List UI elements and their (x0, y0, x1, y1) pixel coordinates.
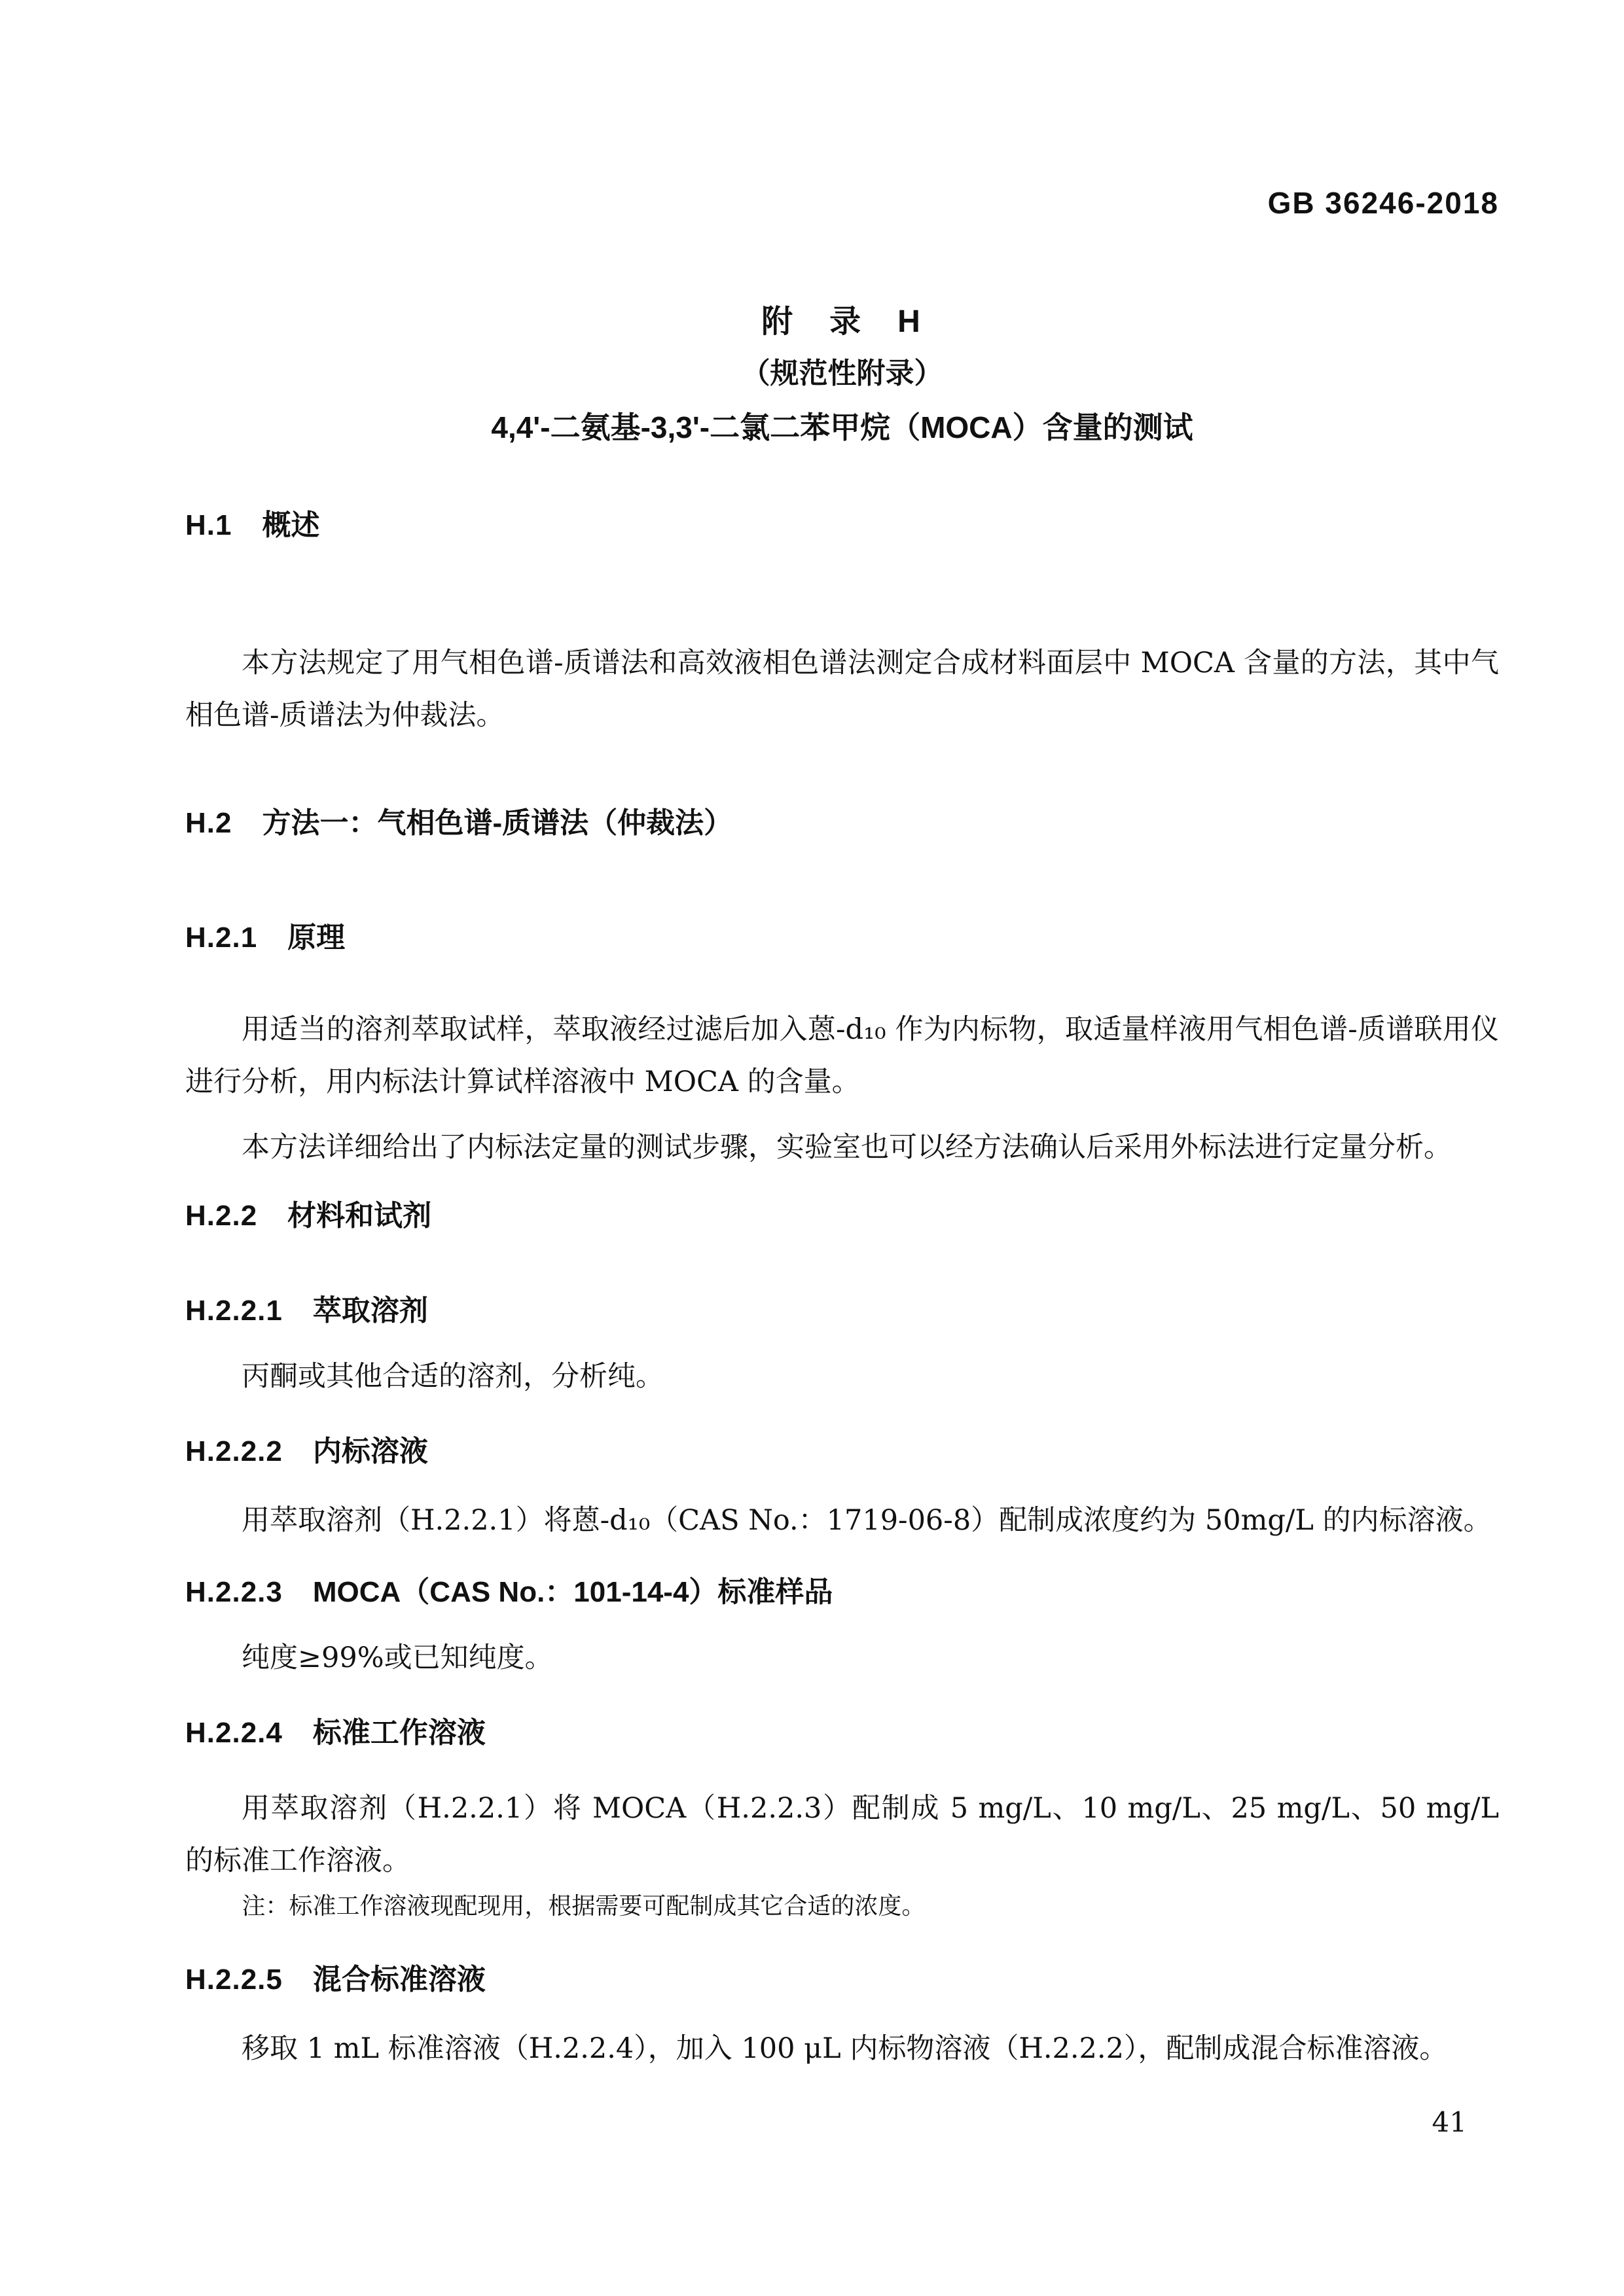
section-number: H.2.2.4 (185, 1717, 283, 1749)
section-title: 萃取溶剂 (313, 1295, 428, 1327)
section-title: 概述 (262, 509, 319, 541)
section-number: H.2.2.1 (185, 1295, 283, 1327)
section-heading-h2: H.2方法一：气相色谱-质谱法（仲裁法） (185, 804, 1499, 843)
appendix-subject: 4,4'-二氨基-3,3'-二氯二苯甲烷（MOCA）含量的测试 (185, 410, 1499, 446)
section-number: H.2.1 (185, 922, 257, 954)
section-heading-h2-2-1: H.2.2.1萃取溶剂 (185, 1291, 1499, 1331)
section-title: 原理 (287, 922, 345, 954)
paragraph-overview: 本方法规定了用气相色谱-质谱法和高效液相色谱法测定合成材料面层中 MOCA 含量… (185, 637, 1499, 742)
standard-number: GB 36246-2018 (185, 187, 1499, 219)
section-title: MOCA（CAS No.：101-14-4）标准样品 (313, 1576, 833, 1608)
section-number: H.2.2.2 (185, 1435, 283, 1467)
appendix-type: （规范性附录） (185, 355, 1499, 391)
paragraph-working-solution: 用萃取溶剂（H.2.2.1）将 MOCA（H.2.2.3）配制成 5 mg/L、… (185, 1782, 1499, 1887)
section-heading-h2-2-5: H.2.2.5混合标准溶液 (185, 1960, 1499, 2000)
section-title: 混合标准溶液 (313, 1964, 486, 1996)
paragraph-principle-1: 用适当的溶剂萃取试样，萃取液经过滤后加入蒽-d₁₀ 作为内标物，取适量样液用气相… (185, 1003, 1499, 1108)
section-title: 标准工作溶液 (313, 1717, 486, 1749)
paragraph-internal-standard: 用萃取溶剂（H.2.2.1）将蒽-d₁₀（CAS No.：1719-06-8）配… (185, 1494, 1499, 1547)
section-number: H.2.2.5 (185, 1964, 283, 1996)
appendix-title-block: 附 录 H （规范性附录） 4,4'-二氨基-3,3'-二氯二苯甲烷（MOCA）… (185, 303, 1499, 446)
note-working-solution: 注：标准工作溶液现配现用，根据需要可配制成其它合适的浓度。 (185, 1887, 1499, 1926)
paragraph-mixed-standard: 移取 1 mL 标准溶液（H.2.2.4），加入 100 μL 内标物溶液（H.… (185, 2022, 1499, 2075)
section-heading-h1: H.1概述 (185, 506, 1499, 545)
section-heading-h2-2: H.2.2材料和试剂 (185, 1196, 1499, 1236)
paragraph-principle-2: 本方法详细给出了内标法定量的测试步骤，实验室也可以经方法确认后采用外标法进行定量… (185, 1121, 1499, 1174)
section-title: 材料和试剂 (287, 1200, 431, 1232)
section-heading-h2-2-2: H.2.2.2内标溶液 (185, 1432, 1499, 1471)
section-heading-h2-2-3: H.2.2.3MOCA（CAS No.：101-14-4）标准样品 (185, 1573, 1499, 1612)
section-title: 内标溶液 (313, 1435, 428, 1467)
page-number: 41 (1432, 2106, 1467, 2138)
paragraph-moca-standard: 纯度≥99%或已知纯度。 (185, 1632, 1499, 1684)
section-number: H.2.2 (185, 1200, 257, 1232)
paragraph-extraction-solvent: 丙酮或其他合适的溶剂，分析纯。 (185, 1350, 1499, 1403)
section-number: H.1 (185, 509, 232, 541)
section-number: H.2 (185, 807, 232, 839)
appendix-heading: 附 录 H (185, 303, 1499, 341)
section-title: 方法一：气相色谱-质谱法（仲裁法） (262, 807, 732, 839)
document-page: GB 36246-2018 附 录 H （规范性附录） 4,4'-二氨基-3,3… (0, 0, 1624, 2296)
section-heading-h2-1: H.2.1原理 (185, 918, 1499, 958)
section-number: H.2.2.3 (185, 1576, 283, 1608)
section-heading-h2-2-4: H.2.2.4标准工作溶液 (185, 1713, 1499, 1753)
